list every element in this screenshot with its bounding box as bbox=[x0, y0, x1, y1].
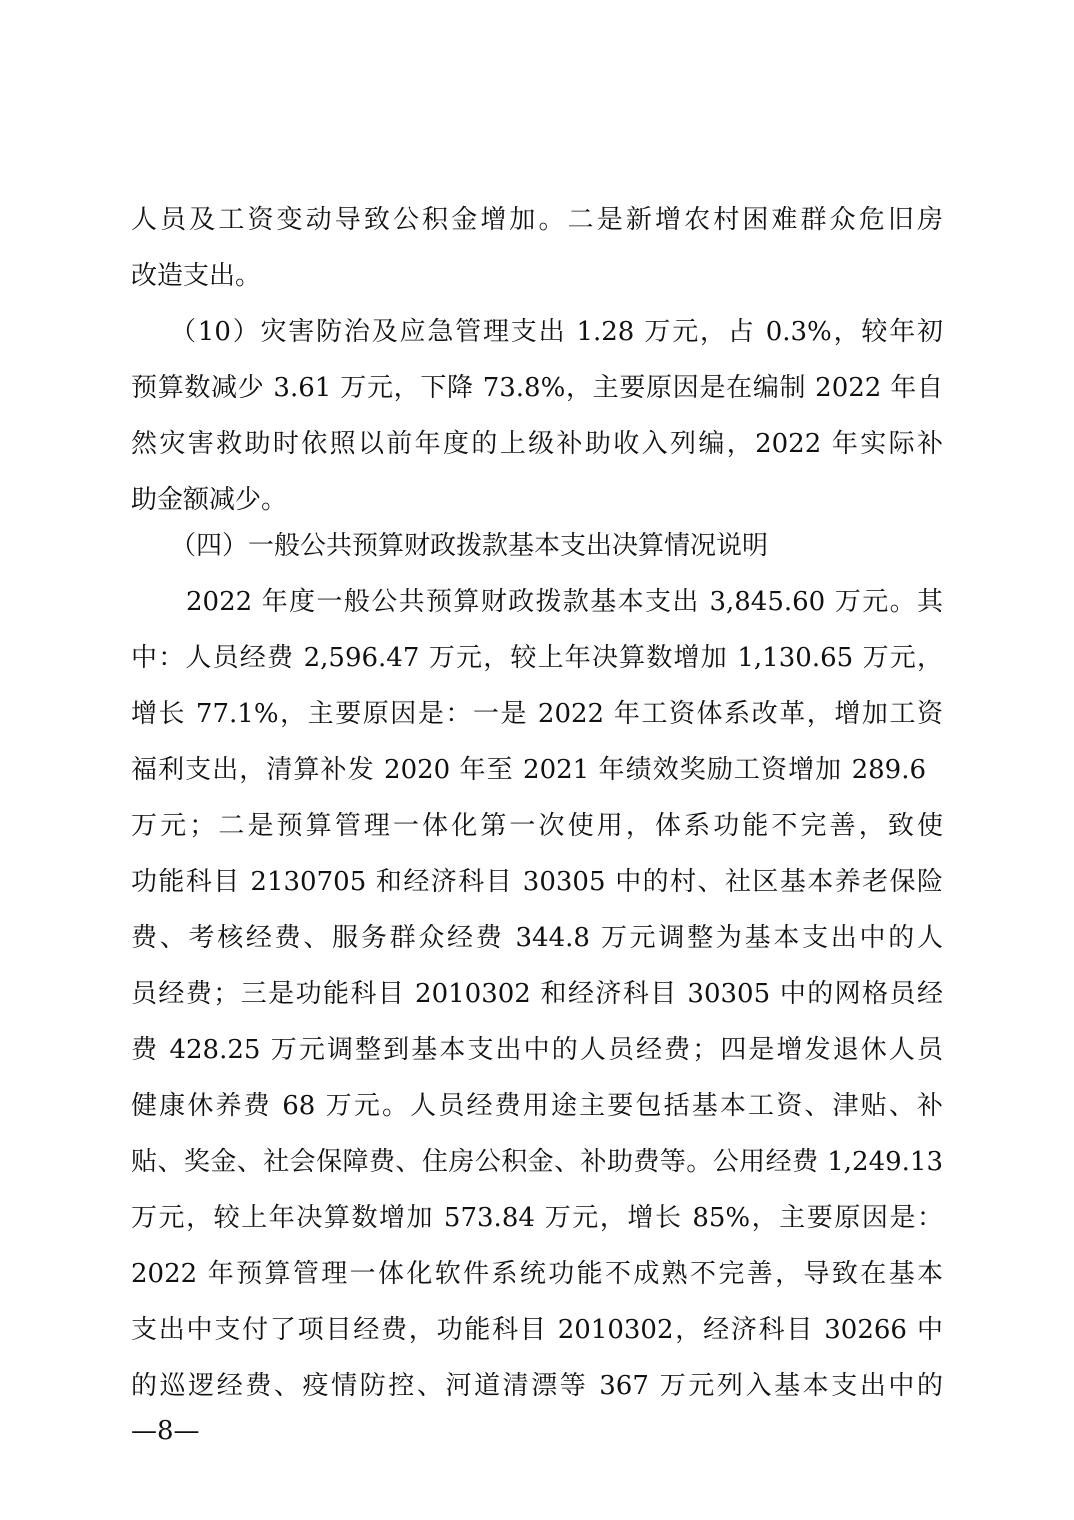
paragraph-line: 然灾害救助时依照以前年度的上级补助收入列编，2022 年实际补 bbox=[131, 426, 943, 462]
paragraph-line: 费 428.25 万元调整到基本支出中的人员经费；四是增发退休人员 bbox=[131, 1032, 943, 1068]
paragraph-line: 费、考核经费、服务群众经费 344.8 万元调整为基本支出中的人 bbox=[131, 920, 943, 956]
document-page: 人员及工资变动导致公积金增加。二是新增农村困难群众危旧房 改造支出。 （10）灾… bbox=[0, 0, 1074, 1520]
paragraph-line: 的巡逻经费、疫情防控、河道清漂等 367 万元列入基本支出中的 bbox=[131, 1368, 943, 1404]
paragraph-line: 改造支出。 bbox=[131, 258, 943, 294]
paragraph-line: 助金额减少。 bbox=[131, 482, 943, 518]
paragraph-line: 万元；二是预算管理一体化第一次使用，体系功能不完善，致使 bbox=[131, 808, 943, 844]
paragraph-line: 预算数减少 3.61 万元，下降 73.8%，主要原因是在编制 2022 年自 bbox=[131, 370, 943, 406]
paragraph-line: 增长 77.1%，主要原因是：一是 2022 年工资体系改革，增加工资 bbox=[131, 696, 943, 732]
paragraph-line: 2022 年度一般公共预算财政拨款基本支出 3,845.60 万元。其 bbox=[186, 584, 943, 620]
paragraph-line: 万元，较上年决算数增加 573.84 万元，增长 85%，主要原因是： bbox=[131, 1200, 943, 1236]
paragraph-line: 2022 年预算管理一体化软件系统功能不成熟不完善，导致在基本 bbox=[131, 1256, 943, 1292]
paragraph-line: 福利支出，清算补发 2020 年至 2021 年绩效奖励工资增加 289.6 bbox=[131, 752, 926, 788]
paragraph-line: 贴、奖金、社会保障费、住房公积金、补助费等。公用经费 1,249.13 bbox=[131, 1144, 943, 1180]
paragraph-line: 健康休养费 68 万元。人员经费用途主要包括基本工资、津贴、补 bbox=[131, 1088, 943, 1124]
page-number: —8— bbox=[131, 1413, 200, 1449]
paragraph-line: （10）灾害防治及应急管理支出 1.28 万元，占 0.3%，较年初 bbox=[170, 314, 943, 350]
paragraph-line: 人员及工资变动导致公积金增加。二是新增农村困难群众危旧房 bbox=[131, 202, 943, 238]
section-heading: （四）一般公共预算财政拨款基本支出决算情况说明 bbox=[170, 528, 943, 564]
paragraph-line: 员经费；三是功能科目 2010302 和经济科目 30305 中的网格员经 bbox=[131, 976, 943, 1012]
paragraph-line: 中：人员经费 2,596.47 万元，较上年决算数增加 1,130.65 万元， bbox=[131, 640, 943, 676]
paragraph-line: 功能科目 2130705 和经济科目 30305 中的村、社区基本养老保险 bbox=[131, 864, 943, 900]
paragraph-line: 支出中支付了项目经费，功能科目 2010302，经济科目 30266 中 bbox=[131, 1312, 943, 1348]
